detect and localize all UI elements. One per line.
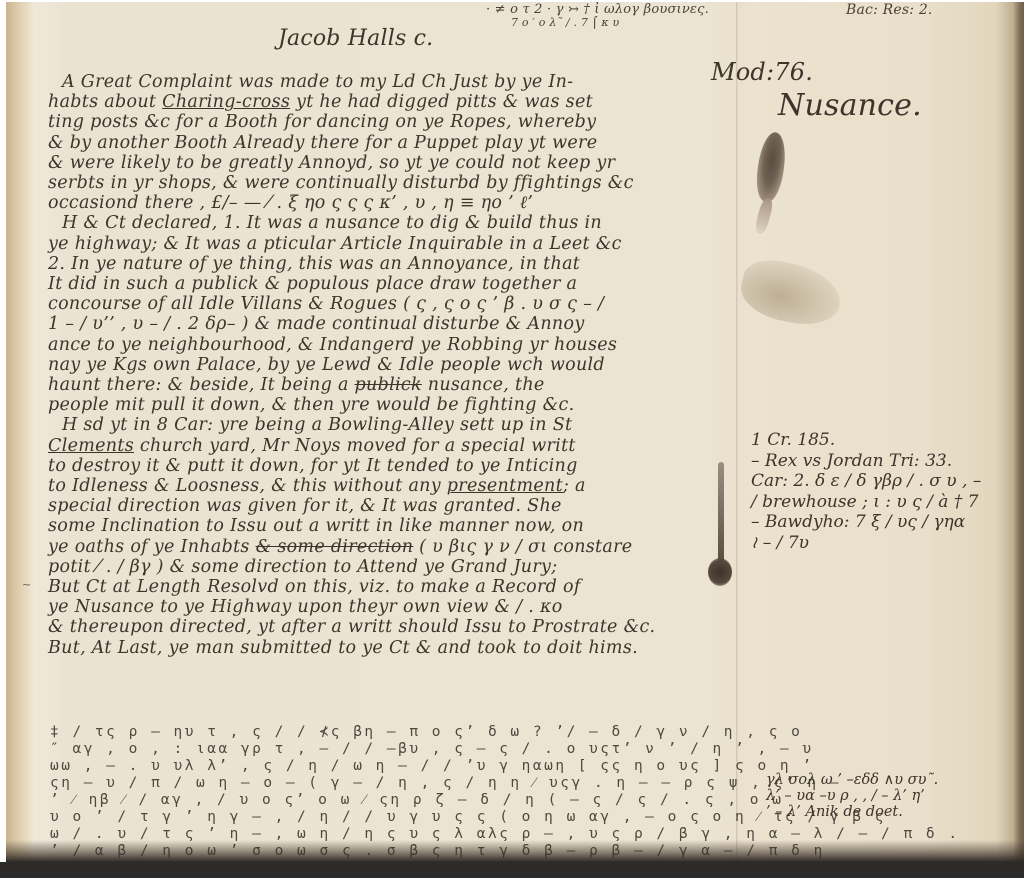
line-text: ting posts &c for a Booth for dancing on… [48,112,596,132]
topic-heading: Nusance. [778,88,922,123]
line-text: ye oaths of ye Inhabts [48,537,256,557]
manuscript-line: people mit pull it down, & then yre woul… [48,395,748,415]
manuscript-body: A Great Complaint was made to my Ld Ch J… [48,72,748,658]
manuscript-line: & by another Booth Already there for a P… [48,133,748,153]
paper-stain [736,254,846,332]
line-text: ye Nusance to ye Highway upon theyr own … [48,597,563,617]
shorthand-line: ’ / α β / η ο ω ’ σ ο ω σ ς . σ β ς η τ … [50,843,740,860]
margin-citation: / brewhouse ; ι : υ ς / à † 7 [751,492,981,513]
line-text-after: ; a [563,476,586,496]
line-text: But, At Last, ye man submitted to ye Ct … [48,638,638,658]
shorthand-line: ″ αγ , ο , : ιαα γρ τ , – / / –βυ , ς – … [50,741,740,758]
left-margin-mark: ~ [22,578,31,591]
margin-citation: 1 Cr. 185. [751,430,981,451]
scan-bottom-bar [0,862,1024,878]
line-text: to Idleness & Loosness, & this without a… [48,476,447,496]
manuscript-line: potit ⁄ . / βγ ) & some direction to Att… [48,557,748,577]
line-text: people mit pull it down, & then yre woul… [48,395,574,415]
manuscript-line: ance to ye neighbourhood, & Indangerd ye… [48,335,748,355]
line-text: 2. In ye nature of ye thing, this was an… [48,254,580,274]
line-text: It did in such a publick & populous plac… [48,274,577,294]
top-cut-off-line: · ≠ ο τ 2 · γ ↣ † ἰ ωλογ βουσινες. [486,2,709,17]
line-text: habts about [48,92,162,112]
manuscript-line: 1 – / υ’’ , υ – / . 2 δρ– ) & made conti… [48,314,748,334]
margin-citations: 1 Cr. 185.– Rex vs Jordan Tri: 33.Car: 2… [751,430,981,553]
manuscript-line: ye highway; & It was a pticular Article … [48,234,748,254]
manuscript-line: habts about Charing-cross yt he had digg… [48,92,748,112]
margin-citation: – Bawdyho: 7 ξ / υς / γηα [751,512,981,533]
ink-blot-tail [754,197,775,235]
line-text-after: church yard, Mr Noys moved for a special… [134,436,576,456]
line-text: & were likely to be greatly Annoyd, so y… [48,153,615,173]
manuscript-line: some Inclination to Issu out a writt in … [48,516,748,536]
manuscript-line: H sd yt in 8 Car: yre being a Bowling-Al… [48,415,748,435]
shorthand-line: υ ο ’ / τ γ ’ η γ – , / η / / υ γ υ ς ς … [50,809,740,826]
line-text: occasiond there , £/– — ⁄ . ξ ηο ς ς ς κ… [48,193,533,213]
line-text: special direction was given for it, & It… [48,496,562,516]
manuscript-line: ye Nusance to ye Highway upon theyr own … [48,597,748,617]
margin-bottom-line: γλ σολ ω ’ –εδδ ∧υ συ˜. [766,772,938,788]
ink-blot [753,131,788,204]
page-right-edge [1014,2,1024,862]
line-text: H & Ct declared, 1. It was a nusance to … [62,213,602,233]
margin-bottom-line: ’ – λ’ Anik de doet. [766,804,938,820]
margin-bottom-line: λ’ – υα –υ ρ , , / – λ’ η’ [766,788,938,804]
manuscript-line: concourse of all Idle Villans & Rogues (… [48,294,748,314]
binding-shadow [6,2,32,862]
line-text: some Inclination to Issu out a writt in … [48,516,584,536]
underlined-word: Charing-cross [162,92,290,112]
shorthand-line: ‡ / τς ρ – ηυ τ , ς / / ⊀ς βη – π ο ς’ δ… [50,724,740,741]
line-text: A Great Complaint was made to my Ld Ch J… [62,72,573,92]
shorthand-line: ωω , – . υ υλ λ’ , ς / η / ω η – / / ’υ … [50,758,740,775]
line-text: concourse of all Idle Villans & Rogues (… [48,294,604,314]
manuscript-line: occasiond there , £/– — ⁄ . ξ ηο ς ς ς κ… [48,193,748,213]
manuscript-line: It did in such a publick & populous plac… [48,274,748,294]
manuscript-line: to destroy it & putt it down, for yt It … [48,456,748,476]
line-text: to destroy it & putt it down, for yt It … [48,456,578,476]
case-title: Jacob Halls c. [278,26,433,51]
shorthand-block: ‡ / τς ρ – ηυ τ , ς / / ⊀ς βη – π ο ς’ δ… [50,724,740,860]
line-text-after: ( υ βις γ ν / σι constare [413,537,632,557]
top-cut-off-subline: 7 ο ′ ο λ˜ / . 7 ⌠ κ υ [511,16,619,29]
shorthand-line: ςη – υ / π / ω η – ο – ( γ – / η , ς / η… [50,775,740,792]
line-text: & by another Booth Already there for a P… [48,133,597,153]
manuscript-line: 2. In ye nature of ye thing, this was an… [48,254,748,274]
manuscript-line: to Idleness & Loosness, & this without a… [48,476,748,496]
line-text: haunt there: & beside, It being a [48,375,355,395]
manuscript-line: A Great Complaint was made to my Ld Ch J… [48,72,748,92]
manuscript-line: Clements church yard, Mr Noys moved for … [48,436,748,456]
line-text: ance to ye neighbourhood, & Indangerd ye… [48,335,617,355]
line-text: potit ⁄ . / βγ ) & some direction to Att… [48,557,557,577]
line-text: nay ye Kgs own Palace, by ye Lewd & Idle… [48,355,605,375]
line-text: serbts in yr shops, & were continually d… [48,173,634,193]
manuscript-line: serbts in yr shops, & were continually d… [48,173,748,193]
manuscript-line: special direction was given for it, & It… [48,496,748,516]
margin-citation: – Rex vs Jordan Tri: 33. [751,451,981,472]
margin-bottom-notes: γλ σολ ω ’ –εδδ ∧υ συ˜.λ’ – υα –υ ρ , , … [766,772,938,820]
manuscript-line: H & Ct declared, 1. It was a nusance to … [48,213,748,233]
manuscript-line: But Ct at Length Resolvd on this, viz. t… [48,577,748,597]
manuscript-line: & thereupon directed, yt after a writt s… [48,617,748,637]
line-text: & thereupon directed, yt after a writt s… [48,617,655,637]
underlined-word: Clements [48,436,134,456]
manuscript-line: ye oaths of ye Inhabts & some direction … [48,537,748,557]
margin-citation: ≀ – / 7υ [751,533,981,554]
line-text: But Ct at Length Resolvd on this, viz. t… [48,577,581,597]
manuscript-page-scan: · ≠ ο τ 2 · γ ↣ † ἰ ωλογ βουσινες. 7 ο ′… [6,2,1024,862]
line-text: H sd yt in 8 Car: yre being a Bowling-Al… [62,415,572,435]
manuscript-line: But, At Last, ye man submitted to ye Ct … [48,638,748,658]
manuscript-line: nay ye Kgs own Palace, by ye Lewd & Idle… [48,355,748,375]
line-text-after: yt he had digged pitts & was set [290,92,593,112]
line-text: ye highway; & It was a pticular Article … [48,234,622,254]
top-right-reference: Bac: Res: 2. [846,2,933,18]
struck-word: publick [355,375,422,395]
line-text-after: nusance, the [422,375,545,395]
manuscript-line: haunt there: & beside, It being a public… [48,375,748,395]
margin-citation: Car: 2. δ ε / δ γβρ / . σ υ , – [751,471,981,492]
manuscript-line: ting posts &c for a Booth for dancing on… [48,112,748,132]
line-text: 1 – / υ’’ , υ – / . 2 δρ– ) & made conti… [48,314,585,334]
underlined-word: presentment [447,476,563,496]
struck-word: & some direction [256,537,414,557]
shorthand-line: ’ ⁄ ηβ ⁄ / αγ , / υ ο ς’ ο ω ⁄ ςη ρ ζ – … [50,792,740,809]
shorthand-line: ω / . υ / τ ς ’ η – , ω η / η ς υ ς λ αλ… [50,826,740,843]
manuscript-line: & were likely to be greatly Annoyd, so y… [48,153,748,173]
